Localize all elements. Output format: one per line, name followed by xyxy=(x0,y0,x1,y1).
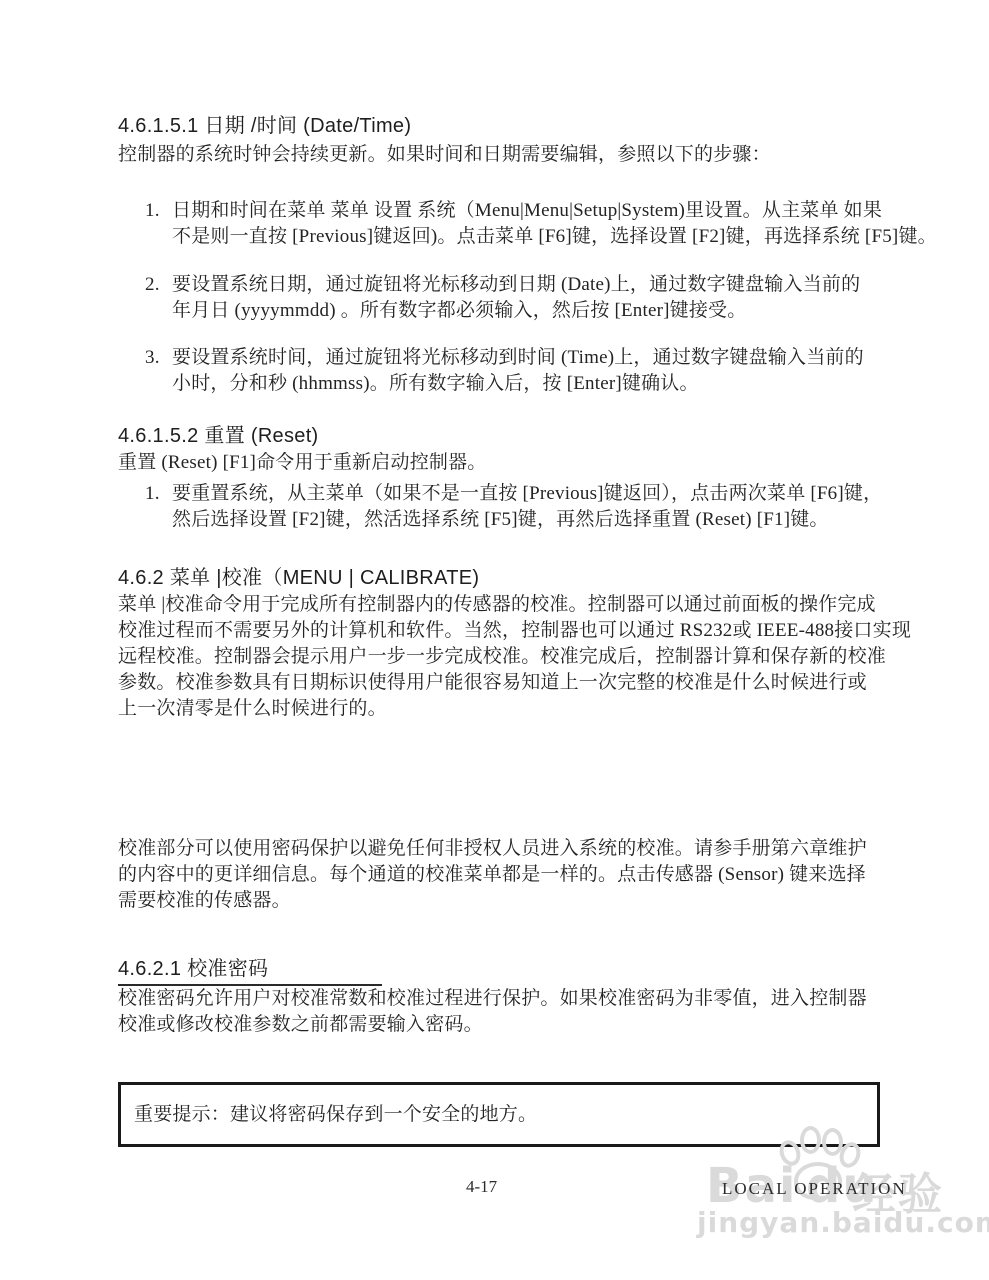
list-item-line: 不是则一直按 [Previous]键返回)。点击菜单 [F6]键，选择设置 [F… xyxy=(172,224,937,249)
page-number: 4-17 xyxy=(466,1177,497,1197)
list-item-line: 日期和时间在菜单 菜单 设置 系统（Menu|Menu|Setup|System… xyxy=(172,198,882,223)
footer-section-label: LOCAL OPERATION xyxy=(722,1179,907,1199)
list-item-line: 要重置系统，从主菜单（如果不是一直按 [Previous]键返回），点击两次菜单… xyxy=(172,481,882,506)
section-heading-menu-calibrate: 4.6.2 菜单 |校准（MENU | CALIBRATE) xyxy=(118,566,479,590)
watermark-url: jingyan.baidu.com xyxy=(697,1206,989,1239)
paragraph-line: 校准部分可以使用密码保护以避免任何非授权人员进入系统的校准。请参手册第六章维护 xyxy=(118,836,867,861)
paragraph-line: 的内容中的更详细信息。每个通道的校准菜单都是一样的。点击传感器 (Sensor)… xyxy=(118,862,866,887)
paragraph-line: 需要校准的传感器。 xyxy=(118,888,291,913)
list-item-line: 要设置系统日期，通过旋钮将光标移动到日期 (Date)上，通过数字键盘输入当前的 xyxy=(172,272,860,297)
paragraph-line: 校准密码允许用户对校准常数和校准过程进行保护。如果校准密码为非零值，进入控制器 xyxy=(118,986,867,1011)
list-item-line: 要设置系统时间，通过旋钮将光标移动到时间 (Time)上，通过数字键盘输入当前的 xyxy=(172,345,864,370)
list-item-number: 2. xyxy=(145,272,160,297)
paragraph-line: 菜单 |校准命令用于完成所有控制器内的传感器的校准。控制器可以通过前面板的操作完… xyxy=(118,592,876,617)
paragraph-line: 参数。校准参数具有日期标识使得用户能很容易知道上一次完整的校准是什么时候进行或 xyxy=(118,670,867,695)
list-item-number: 3. xyxy=(145,345,160,370)
list-item-line: 小时，分和秒 (hhmmss)。所有数字输入后，按 [Enter]键确认。 xyxy=(172,371,699,396)
important-notice-text: 重要提示：建议将密码保存到一个安全的地方。 xyxy=(134,1099,537,1126)
list-item-number: 1. xyxy=(145,481,160,506)
paragraph-line: 控制器的系统时钟会持续更新。如果时间和日期需要编辑，参照以下的步骤： xyxy=(118,142,771,167)
paragraph-line: 上一次清零是什么时候进行的。 xyxy=(118,696,387,721)
list-item-line: 年月日 (yyyymmdd) 。所有数字都必须输入，然后按 [Enter]键接受… xyxy=(172,298,746,323)
manual-page: 4.6.1.5.1 日期 /时间 (Date/Time) 控制器的系统时钟会持续… xyxy=(0,0,989,1280)
section-heading-date-time: 4.6.1.5.1 日期 /时间 (Date/Time) xyxy=(118,114,411,138)
list-item-number: 1. xyxy=(145,198,160,223)
important-notice-box: 重要提示：建议将密码保存到一个安全的地方。 xyxy=(118,1082,880,1147)
list-item-line: 然后选择设置 [F2]键，然活选择系统 [F5]键，再然后选择重置 (Reset… xyxy=(172,507,829,532)
paragraph-line: 重置 (Reset) [F1]命令用于重新启动控制器。 xyxy=(118,450,487,475)
paragraph-line: 校准或修改校准参数之前都需要输入密码。 xyxy=(118,1012,483,1037)
section-heading-calibration-password: 4.6.2.1 校准密码 xyxy=(118,957,382,986)
section-heading-reset: 4.6.1.5.2 重置 (Reset) xyxy=(118,424,319,448)
paragraph-line: 远程校准。控制器会提示用户一步一步完成校准。校准完成后，控制器计算和保存新的校准 xyxy=(118,644,886,669)
paragraph-line: 校准过程而不需要另外的计算机和软件。当然，控制器也可以通过 RS232或 IEE… xyxy=(118,618,911,643)
